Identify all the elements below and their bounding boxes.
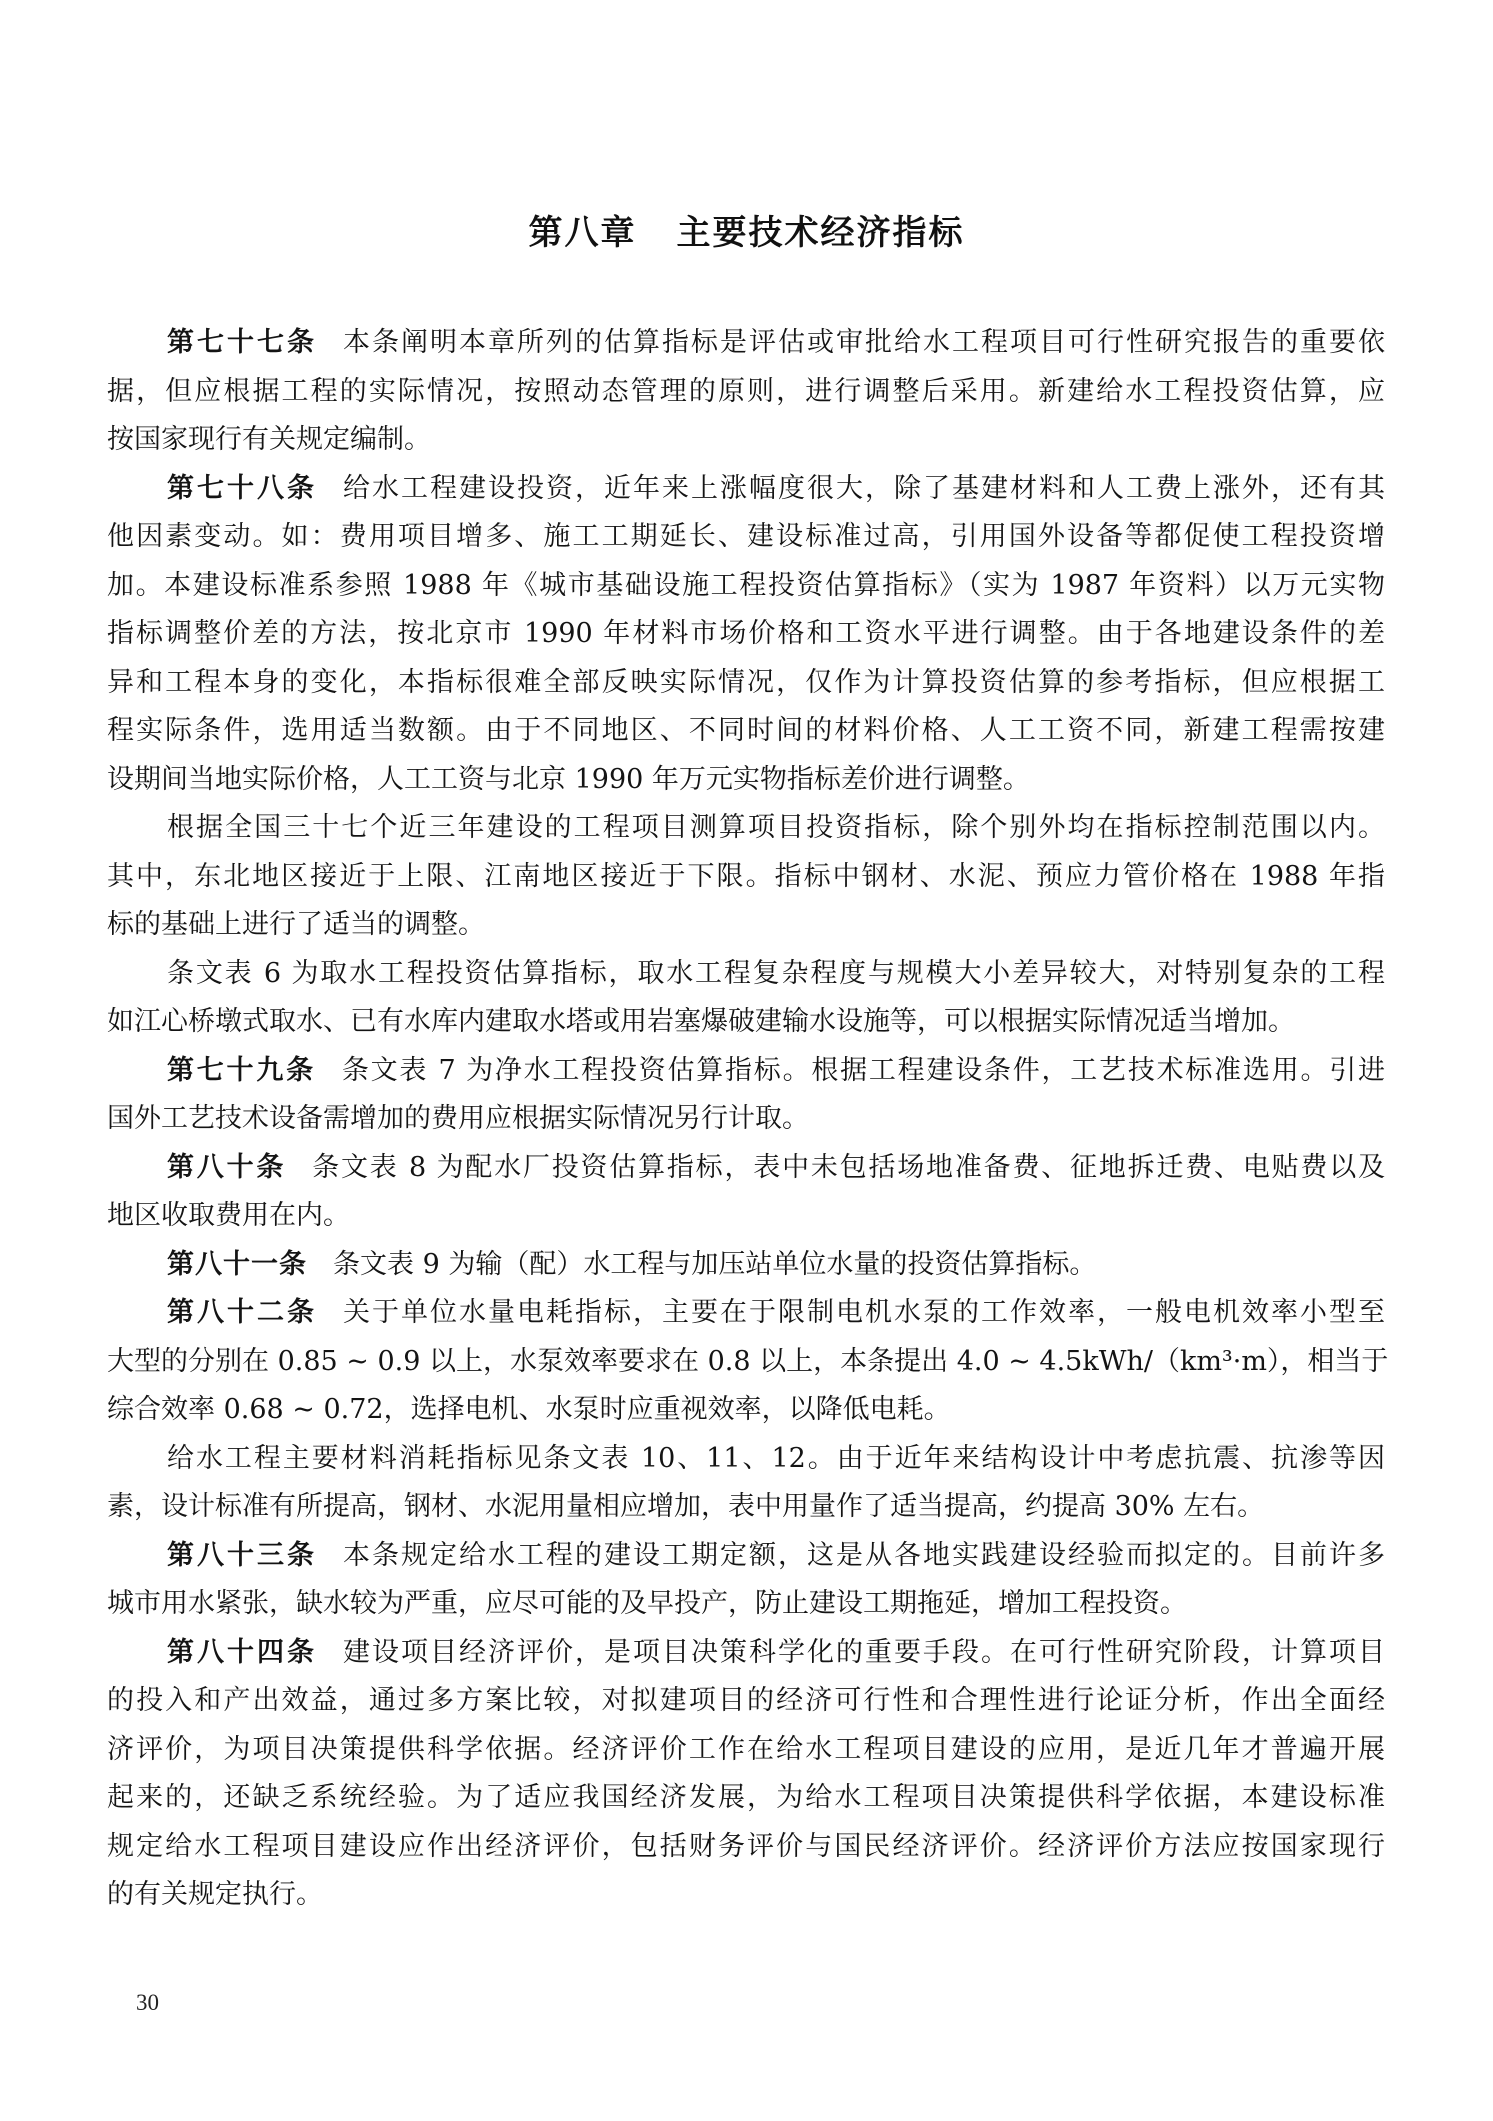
paragraph: 条文表 6 为取水工程投资估算指标，取水工程复杂程度与规模大小差异较大，对特别复… — [107, 950, 1385, 1047]
line-text: 异和工程本身的变化，本指标很难全部反映实际情况，仅作为计算投资估算的参考指标，但… — [107, 667, 1385, 698]
paragraph: 第七十九条条文表 7 为净水工程投资估算指标。根据工程建设条件，工艺技术标准选用… — [107, 1047, 1385, 1144]
line-text: 给水工程建设投资，近年来上涨幅度很大，除了基建材料和人工费上涨外，还有其 — [343, 473, 1385, 504]
line-text: 条文表 6 为取水工程投资估算指标，取水工程复杂程度与规模大小差异较大，对特别复… — [167, 958, 1385, 989]
line-text: 他因素变动。如：费用项目增多、施工工期延长、建设标准过高，引用国外设备等都促使工… — [107, 521, 1385, 552]
text-line: 国外工艺技术设备需增加的费用应根据实际情况另行计取。 — [107, 1095, 1385, 1144]
text-line: 起来的，还缺乏系统经验。为了适应我国经济发展，为给水工程项目决策提供科学依据，本… — [107, 1774, 1385, 1823]
text-line: 其中，东北地区接近于上限、江南地区接近于下限。指标中钢材、水泥、预应力管价格在 … — [107, 853, 1385, 902]
line-text: 本条阐明本章所列的估算指标是评估或审批给水工程项目可行性研究报告的重要依 — [343, 327, 1385, 358]
paragraph: 根据全国三十七个近三年建设的工程项目测算项目投资指标，除个别外均在指标控制范围以… — [107, 804, 1385, 950]
chapter-title: 第八章主要技术经济指标 — [0, 208, 1493, 258]
line-text: 本条规定给水工程的建设工期定额，这是从各地实践建设经验而拟定的。目前许多 — [343, 1540, 1385, 1571]
line-text: 按国家现行有关规定编制。 — [107, 424, 431, 455]
text-line: 标的基础上进行了适当的调整。 — [107, 901, 1385, 950]
paragraph: 给水工程主要材料消耗指标见条文表 10、11、12。由于近年来结构设计中考虑抗震… — [107, 1435, 1385, 1532]
text-line: 如江心桥墩式取水、已有水库内建取水塔或用岩塞爆破建输水设施等，可以根据实际情况适… — [107, 998, 1385, 1047]
text-line: 按国家现行有关规定编制。 — [107, 416, 1385, 465]
article-heading: 第八十条 — [167, 1152, 286, 1183]
text-line: 据，但应根据工程的实际情况，按照动态管理的原则，进行调整后采用。新建给水工程投资… — [107, 368, 1385, 417]
line-text: 济评价，为项目决策提供科学依据。经济评价工作在给水工程项目建设的应用，是近几年才… — [107, 1734, 1385, 1765]
line-text: 城市用水紧张，缺水较为严重，应尽可能的及早投产，防止建设工期拖延，增加工程投资。 — [107, 1588, 1187, 1619]
text-line: 素，设计标准有所提高，钢材、水泥用量相应增加，表中用量作了适当提高，约提高 30… — [107, 1483, 1385, 1532]
line-text: 条文表 8 为配水厂投资估算指标，表中未包括场地准备费、征地拆迁费、电贴费以及 — [312, 1152, 1385, 1183]
page-number: 30 — [136, 1990, 159, 2016]
paragraph: 第八十三条本条规定给水工程的建设工期定额，这是从各地实践建设经验而拟定的。目前许… — [107, 1532, 1385, 1629]
text-line: 第七十七条本条阐明本章所列的估算指标是评估或审批给水工程项目可行性研究报告的重要… — [107, 319, 1385, 368]
line-text: 设期间当地实际价格，人工工资与北京 1990 年万元实物指标差价进行调整。 — [107, 764, 1030, 795]
text-line: 地区收取费用在内。 — [107, 1192, 1385, 1241]
line-text: 规定给水工程项目建设应作出经济评价，包括财务评价与国民经济评价。经济评价方法应按… — [107, 1831, 1385, 1862]
article-heading: 第八十一条 — [167, 1249, 307, 1280]
text-line: 条文表 6 为取水工程投资估算指标，取水工程复杂程度与规模大小差异较大，对特别复… — [107, 950, 1385, 999]
line-text: 给水工程主要材料消耗指标见条文表 10、11、12。由于近年来结构设计中考虑抗震… — [167, 1443, 1385, 1474]
paragraph: 第七十八条给水工程建设投资，近年来上涨幅度很大，除了基建材料和人工费上涨外，还有… — [107, 465, 1385, 805]
text-line: 指标调整价差的方法，按北京市 1990 年材料市场价格和工资水平进行调整。由于各… — [107, 610, 1385, 659]
line-text: 关于单位水量电耗指标，主要在于限制电机水泵的工作效率，一般电机效率小型至 — [343, 1297, 1385, 1328]
text-line: 加。本建设标准系参照 1988 年《城市基础设施工程投资估算指标》（实为 198… — [107, 562, 1385, 611]
chapter-name: 主要技术经济指标 — [677, 213, 965, 253]
document-page: 第八章主要技术经济指标 第七十七条本条阐明本章所列的估算指标是评估或审批给水工程… — [0, 0, 1493, 2121]
line-text: 地区收取费用在内。 — [107, 1200, 350, 1231]
text-line: 根据全国三十七个近三年建设的工程项目测算项目投资指标，除个别外均在指标控制范围以… — [107, 804, 1385, 853]
line-text: 如江心桥墩式取水、已有水库内建取水塔或用岩塞爆破建输水设施等，可以根据实际情况适… — [107, 1006, 1295, 1037]
line-text: 根据全国三十七个近三年建设的工程项目测算项目投资指标，除个别外均在指标控制范围以… — [167, 812, 1385, 843]
text-line: 规定给水工程项目建设应作出经济评价，包括财务评价与国民经济评价。经济评价方法应按… — [107, 1823, 1385, 1872]
article-heading: 第八十四条 — [167, 1637, 317, 1668]
line-text: 大型的分别在 0.85 ~ 0.9 以上，水泵效率要求在 0.8 以上，本条提出… — [107, 1346, 1388, 1377]
chapter-number: 第八章 — [529, 213, 637, 253]
article-heading: 第七十七条 — [167, 327, 317, 358]
text-line: 大型的分别在 0.85 ~ 0.9 以上，水泵效率要求在 0.8 以上，本条提出… — [107, 1338, 1385, 1387]
article-heading: 第七十九条 — [167, 1055, 316, 1086]
text-line: 第七十九条条文表 7 为净水工程投资估算指标。根据工程建设条件，工艺技术标准选用… — [107, 1047, 1385, 1096]
text-line: 济评价，为项目决策提供科学依据。经济评价工作在给水工程项目建设的应用，是近几年才… — [107, 1726, 1385, 1775]
line-text: 其中，东北地区接近于上限、江南地区接近于下限。指标中钢材、水泥、预应力管价格在 … — [107, 861, 1385, 892]
paragraph: 第八十条条文表 8 为配水厂投资估算指标，表中未包括场地准备费、征地拆迁费、电贴… — [107, 1144, 1385, 1241]
line-text: 起来的，还缺乏系统经验。为了适应我国经济发展，为给水工程项目决策提供科学依据，本… — [107, 1782, 1385, 1813]
text-line: 他因素变动。如：费用项目增多、施工工期延长、建设标准过高，引用国外设备等都促使工… — [107, 513, 1385, 562]
article-heading: 第八十二条 — [167, 1297, 317, 1328]
text-line: 程实际条件，选用适当数额。由于不同地区、不同时间的材料价格、人工工资不同，新建工… — [107, 707, 1385, 756]
body-text: 第七十七条本条阐明本章所列的估算指标是评估或审批给水工程项目可行性研究报告的重要… — [107, 319, 1385, 1920]
text-line: 给水工程主要材料消耗指标见条文表 10、11、12。由于近年来结构设计中考虑抗震… — [107, 1435, 1385, 1484]
text-line: 异和工程本身的变化，本指标很难全部反映实际情况，仅作为计算投资估算的参考指标，但… — [107, 659, 1385, 708]
text-line: 第八十四条建设项目经济评价，是项目决策科学化的重要手段。在可行性研究阶段，计算项… — [107, 1629, 1385, 1678]
line-text: 标的基础上进行了适当的调整。 — [107, 909, 485, 940]
text-line: 的投入和产出效益，通过多方案比较，对拟建项目的经济可行性和合理性进行论证分析，作… — [107, 1677, 1385, 1726]
line-text: 建设项目经济评价，是项目决策科学化的重要手段。在可行性研究阶段，计算项目 — [343, 1637, 1385, 1668]
line-text: 的投入和产出效益，通过多方案比较，对拟建项目的经济可行性和合理性进行论证分析，作… — [107, 1685, 1385, 1716]
paragraph: 第八十一条条文表 9 为输（配）水工程与加压站单位水量的投资估算指标。 — [107, 1241, 1385, 1290]
text-line: 综合效率 0.68 ~ 0.72，选择电机、水泵时应重视效率，以降低电耗。 — [107, 1386, 1385, 1435]
text-line: 第八十二条关于单位水量电耗指标，主要在于限制电机水泵的工作效率，一般电机效率小型… — [107, 1289, 1385, 1338]
text-line: 设期间当地实际价格，人工工资与北京 1990 年万元实物指标差价进行调整。 — [107, 756, 1385, 805]
article-heading: 第七十八条 — [167, 473, 317, 504]
paragraph: 第八十二条关于单位水量电耗指标，主要在于限制电机水泵的工作效率，一般电机效率小型… — [107, 1289, 1385, 1435]
line-text: 据，但应根据工程的实际情况，按照动态管理的原则，进行调整后采用。新建给水工程投资… — [107, 376, 1385, 407]
text-line: 城市用水紧张，缺水较为严重，应尽可能的及早投产，防止建设工期拖延，增加工程投资。 — [107, 1580, 1385, 1629]
line-text: 的有关规定执行。 — [107, 1879, 323, 1910]
line-text: 加。本建设标准系参照 1988 年《城市基础设施工程投资估算指标》（实为 198… — [107, 570, 1385, 601]
article-heading: 第八十三条 — [167, 1540, 317, 1571]
line-text: 综合效率 0.68 ~ 0.72，选择电机、水泵时应重视效率，以降低电耗。 — [107, 1394, 951, 1425]
text-line: 的有关规定执行。 — [107, 1871, 1385, 1920]
paragraph: 第七十七条本条阐明本章所列的估算指标是评估或审批给水工程项目可行性研究报告的重要… — [107, 319, 1385, 465]
line-text: 指标调整价差的方法，按北京市 1990 年材料市场价格和工资水平进行调整。由于各… — [107, 618, 1385, 649]
line-text: 条文表 9 为输（配）水工程与加压站单位水量的投资估算指标。 — [333, 1249, 1096, 1280]
text-line: 第八十一条条文表 9 为输（配）水工程与加压站单位水量的投资估算指标。 — [107, 1241, 1385, 1290]
line-text: 素，设计标准有所提高，钢材、水泥用量相应增加，表中用量作了适当提高，约提高 30… — [107, 1491, 1264, 1522]
text-line: 第七十八条给水工程建设投资，近年来上涨幅度很大，除了基建材料和人工费上涨外，还有… — [107, 465, 1385, 514]
line-text: 条文表 7 为净水工程投资估算指标。根据工程建设条件，工艺技术标准选用。引进 — [342, 1055, 1385, 1086]
text-line: 第八十三条本条规定给水工程的建设工期定额，这是从各地实践建设经验而拟定的。目前许… — [107, 1532, 1385, 1581]
text-line: 第八十条条文表 8 为配水厂投资估算指标，表中未包括场地准备费、征地拆迁费、电贴… — [107, 1144, 1385, 1193]
line-text: 国外工艺技术设备需增加的费用应根据实际情况另行计取。 — [107, 1103, 809, 1134]
line-text: 程实际条件，选用适当数额。由于不同地区、不同时间的材料价格、人工工资不同，新建工… — [107, 715, 1385, 746]
paragraph: 第八十四条建设项目经济评价，是项目决策科学化的重要手段。在可行性研究阶段，计算项… — [107, 1629, 1385, 1920]
